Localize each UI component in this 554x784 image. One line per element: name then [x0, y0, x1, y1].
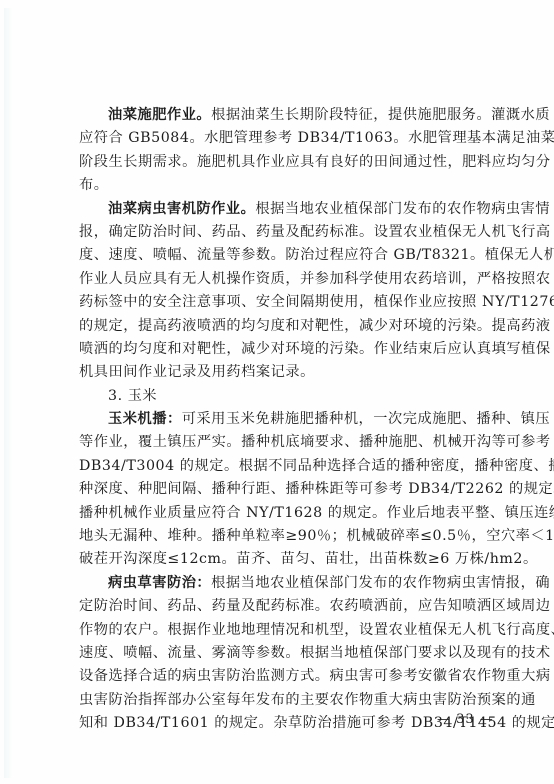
document-page: 油菜施肥作业。根据油菜生长期阶段特征，提供施肥服务。灌溉水质 应符合 GB508…: [0, 0, 554, 784]
paragraph-title: 油菜病虫害机防作业。: [108, 201, 255, 217]
page-number: — 33 —: [437, 712, 494, 727]
text-line: 药标签中的安全注意事项、安全间隔期使用，植保作业应按照 NY/T1276: [79, 291, 487, 314]
text-line: 玉米机播：可采用玉米免耕施肥播种机，一次完成施肥、播种、镇压: [79, 408, 487, 431]
text-line: 破茬开沟深度≤12cm。苗齐、苗匀、苗壮，出苗株数≥6 万株/hm2。: [79, 548, 487, 571]
paragraph-title: 玉米机播：: [108, 411, 182, 427]
scan-edge-shadow: [4, 8, 12, 778]
paragraph-title: 病虫草害防治：: [108, 575, 211, 591]
text-line: 等作业，覆土镇压严实。播种机底墒要求、播种施肥、机械开沟等可参考: [79, 431, 487, 454]
text-line: 知和 DB34/T1601 的规定。杂草防治措施可参考 DB34/T1454 的…: [79, 712, 487, 735]
text-line: 油菜病虫害机防作业。根据当地农业植保部门发布的农作物病虫害情: [79, 198, 487, 221]
text-line: DB34/T3004 的规定。根据不同品种选择合适的播种密度，播种密度、播: [79, 455, 487, 478]
paragraph-rapeseed-fertilization: 油菜施肥作业。根据油菜生长期阶段特征，提供施肥服务。灌溉水质 应符合 GB508…: [79, 104, 487, 198]
paragraph-rapeseed-pest-control: 油菜病虫害机防作业。根据当地农业植保部门发布的农作物病虫害情 报，确定防治时间、…: [79, 198, 487, 385]
text-line: 布。: [79, 174, 487, 197]
text-line: 油菜施肥作业。根据油菜生长期阶段特征，提供施肥服务。灌溉水质: [79, 104, 487, 127]
text-line: 阶段生长期需求。施肥机具作业应具有良好的田间通过性，肥料应均匀分: [79, 151, 487, 174]
text-line: 播种机械作业质量应符合 NY/T1628 的规定。作业后地表平整、镇压连续，: [79, 502, 487, 525]
text-line: 喷洒的均匀度和对靶性，减少对环境的污染。作业结束后应认真填写植保: [79, 338, 487, 361]
paragraph-corn-seeding: 玉米机播：可采用玉米免耕施肥播种机，一次完成施肥、播种、镇压 等作业，覆土镇压严…: [79, 408, 487, 572]
text-line: 病虫草害防治：根据当地农业植保部门发布的农作物病虫害情报，确: [79, 572, 487, 595]
text-line: 应符合 GB5084。水肥管理参考 DB34/T1063。水肥管理基本满足油菜各: [79, 127, 487, 150]
section-heading-corn: 3. 玉米: [79, 385, 487, 408]
paragraph-corn-pest-weed-control: 病虫草害防治：根据当地农业植保部门发布的农作物病虫害情报，确 定防治时间、药品、…: [79, 572, 487, 736]
text-line: 地头无漏种、堆种。播种单粒率≥90％；机械破碎率≤0.5％，空穴率＜1％；: [79, 525, 487, 548]
text-line: 报，确定防治时间、药品、药量及配药标准。设置农业植保无人机飞行高: [79, 221, 487, 244]
text-line: 速度、喷幅、流量、雾滴等参数。根据当地植保部门要求以及现有的技术: [79, 642, 487, 665]
text-line: 机具田间作业记录及用药档案记录。: [79, 361, 487, 384]
text-line: 种深度、种肥间隔、播种行距、播种株距等可参考 DB34/T2262 的规定。: [79, 478, 487, 501]
text-line: 虫害防治指挥部办公室每年发布的主要农作物重大病虫害防治预案的通: [79, 689, 487, 712]
text-line: 作业人员应具有无人机操作资质，并参加科学使用农药培训，严格按照农: [79, 268, 487, 291]
paragraph-title: 油菜施肥作业。: [108, 107, 211, 123]
text-line: 定防治时间、药品、药量及配药标准。农药喷洒前，应告知喷洒区域周边: [79, 595, 487, 618]
page-body: 油菜施肥作业。根据油菜生长期阶段特征，提供施肥服务。灌溉水质 应符合 GB508…: [79, 104, 487, 736]
text-line: 度、速度、喷幅、流量等参数。防治过程应符合 GB/T8321。植保无人机: [79, 244, 487, 267]
text-line: 设备选择合适的病虫害防治监测方式。病虫害可参考安徽省农作物重大病: [79, 665, 487, 688]
text-line: 的规定，提高药液喷洒的均匀度和对靶性，减少对环境的污染。提高药液: [79, 315, 487, 338]
text-line: 作物的农户。根据作业地地理情况和机型，设置农业植保无人机飞行高度、: [79, 619, 487, 642]
